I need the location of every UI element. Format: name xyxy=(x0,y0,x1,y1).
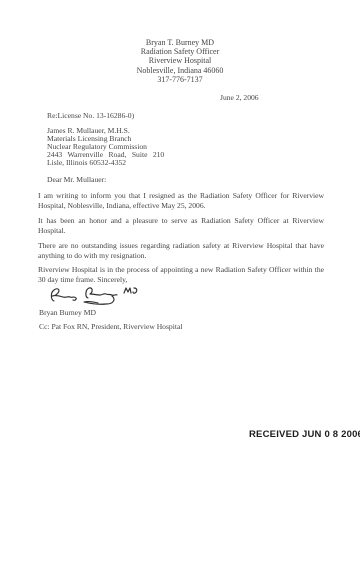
salutation: Dear Mr. Mullauer: xyxy=(47,175,106,184)
date-line: June 2, 2006 xyxy=(220,93,259,102)
signer-typed-name: Bryan Burney MD xyxy=(39,308,96,317)
body-paragraph-1: I am writing to inform you that I resign… xyxy=(38,191,324,210)
body-paragraph-3: There are no outstanding issues regardin… xyxy=(38,241,324,260)
recipient-city-line: Lisle, Illinois 60532-4352 xyxy=(47,159,164,167)
letterhead-name: Bryan T. Burney MD xyxy=(0,38,360,47)
letterhead-phone: 317-776-7137 xyxy=(0,75,360,84)
letterhead-title: Radiation Safety Officer xyxy=(0,47,360,56)
body-paragraph-2: It has been an honor and a pleasure to s… xyxy=(38,216,324,235)
letterhead: Bryan T. Burney MD Radiation Safety Offi… xyxy=(0,38,360,84)
letter-page: Bryan T. Burney MD Radiation Safety Offi… xyxy=(0,0,360,570)
body-paragraph-4: Riverview Hospital is in the process of … xyxy=(38,265,324,284)
cc-line: Cc: Pat Fox RN, President, Riverview Hos… xyxy=(39,322,182,331)
received-stamp: RECEIVED JUN 0 8 2006 xyxy=(249,429,360,440)
recipient-address-block: James R. Mullauer, M.H.S. Materials Lice… xyxy=(47,127,164,167)
reference-line: Re:License No. 13-16286-0) xyxy=(47,111,134,120)
letterhead-organization: Riverview Hospital xyxy=(0,56,360,65)
letterhead-city-line: Noblesville, Indiana 46060 xyxy=(0,66,360,75)
handwritten-signature xyxy=(44,284,148,310)
